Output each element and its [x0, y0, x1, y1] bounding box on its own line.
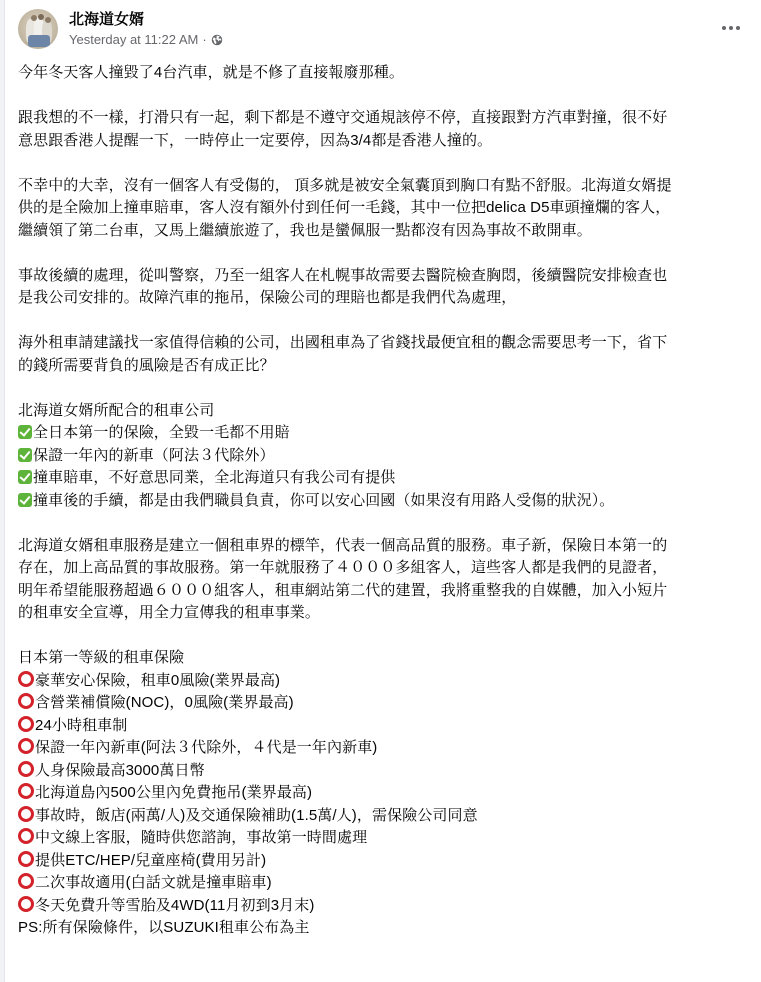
post-subline: Yesterday at 11:22 AM · [69, 31, 223, 49]
insurance-item: 保證一年內新車(阿法３代除外，４代是一年內新車) [18, 737, 758, 760]
facebook-post: 北海道女婿 Yesterday at 11:22 AM · 今年冬天客人撞毀了4… [5, 0, 761, 982]
more-options-button[interactable] [713, 14, 749, 42]
red-circle-icon [18, 896, 34, 912]
post-header: 北海道女婿 Yesterday at 11:22 AM · [18, 8, 223, 50]
insurance-item-text: 24小時租車制 [35, 717, 127, 734]
text-line: 明年希望能服務超過６０００組客人，租車網站第二代的建置，我將重整我的自媒體，加入… [18, 580, 758, 603]
text-line: 意思跟香港人提醒一下，一時停止一定要停，因為3/4都是香港人撞的。 [18, 130, 758, 153]
insurance-item-text: 保證一年內新車(阿法３代除外，４代是一年內新車) [35, 739, 377, 756]
red-circle-icon [18, 783, 34, 799]
text-line: 海外租車請建議找一家值得信賴的公司，出國租車為了省錢找最便宜租的觀念需要思考一下… [18, 332, 758, 355]
red-circle-icon [18, 806, 34, 822]
more-horizontal-icon [729, 26, 733, 30]
post-meta: 北海道女婿 Yesterday at 11:22 AM · [69, 10, 223, 49]
red-circle-icon [18, 671, 34, 687]
check-mark-icon [18, 425, 32, 439]
red-circle-icon [18, 716, 34, 732]
insurance-item: 人身保險最高3000萬日幣 [18, 760, 758, 783]
partner-item: 全日本第一的保險，全毀一毛都不用賠 [18, 422, 758, 445]
separator-dot: · [202, 31, 206, 49]
insurance-item-text: 含營業補償險(NOC)，0風險(業界最高) [35, 694, 294, 711]
text-line: 事故後續的處理，從叫警察，乃至一組客人在札幌事故需要去醫院檢查胸悶，後續醫院安排… [18, 265, 758, 288]
paragraph: 北海道女婿租車服務是建立一個租車界的標竿，代表一個高品質的服務。車子新，保險日本… [18, 535, 758, 625]
partner-list: 北海道女婿所配合的租車公司 全日本第一的保險，全毀一毛都不用賠 保證一年內的新車… [18, 400, 758, 513]
text-line: 的錢所需要背負的風險是否有成正比？ [18, 355, 758, 378]
insurance-list: 日本第一等級的租車保險 豪華安心保險，租車0風險(業界最高) 含營業補償險(NO… [18, 647, 758, 940]
text-line: 的租車安全宣導，用全力宣傳我的租車事業。 [18, 602, 758, 625]
paragraph: 不幸中的大幸，沒有一個客人有受傷的， 頂多就是被安全氣囊頂到胸口有點不舒服。北海… [18, 175, 758, 243]
check-mark-icon [18, 470, 32, 484]
insurance-footnote: PS:所有保險條件，以SUZUKI租車公布為主 [18, 917, 758, 940]
insurance-item: 北海道島內500公里內免費拖吊(業界最高) [18, 782, 758, 805]
text-line: 繼續領了第二台車，又馬上繼續旅遊了，我也是蠻佩服一點都沒有因為事故不敢開車。 [18, 220, 758, 243]
red-circle-icon [18, 693, 34, 709]
partner-item: 保證一年內的新車（阿法３代除外） [18, 445, 758, 468]
partner-item-text: 全日本第一的保險，全毀一毛都不用賠 [33, 424, 290, 441]
insurance-item-text: 事故時，飯店(兩萬/人)及交通保險補助(1.5萬/人)，需保險公司同意 [35, 807, 478, 824]
more-horizontal-icon [736, 26, 740, 30]
text-line: 北海道女婿租車服務是建立一個租車界的標竿，代表一個高品質的服務。車子新，保險日本… [18, 535, 758, 558]
more-horizontal-icon [722, 26, 726, 30]
post-timestamp[interactable]: Yesterday at 11:22 AM [69, 31, 198, 49]
partner-item-text: 撞車後的手續，都是由我們職員負責，你可以安心回國（如果沒有用路人受傷的狀況）。 [33, 492, 614, 509]
insurance-item: 24小時租車制 [18, 715, 758, 738]
partner-item-text: 保證一年內的新車（阿法３代除外） [33, 447, 275, 464]
red-circle-icon [18, 738, 34, 754]
text-line: 今年冬天客人撞毀了4台汽車，就是不修了直接報廢那種。 [18, 62, 758, 85]
partner-item: 撞車後的手續，都是由我們職員負責，你可以安心回國（如果沒有用路人受傷的狀況）。 [18, 490, 758, 513]
red-circle-icon [18, 851, 34, 867]
red-circle-icon [18, 761, 34, 777]
insurance-item: 冬天免費升等雪胎及4WD(11月初到3月末) [18, 895, 758, 918]
globe-icon[interactable] [211, 34, 223, 46]
text-line: 供的是全險加上撞車賠車，客人沒有額外付到任何一毛錢，其中一位把delica D5… [18, 197, 758, 220]
insurance-item: 二次事故適用(白話文就是撞車賠車) [18, 872, 758, 895]
text-line: 跟我想的不一樣，打滑只有一起，剩下都是不遵守交通規該停不停，直接跟對方汽車對撞，… [18, 107, 758, 130]
insurance-item: 含營業補償險(NOC)，0風險(業界最高) [18, 692, 758, 715]
insurance-item-text: 人身保險最高3000萬日幣 [35, 762, 205, 779]
check-mark-icon [18, 493, 32, 507]
red-circle-icon [18, 828, 34, 844]
insurance-item-text: 北海道島內500公里內免費拖吊(業界最高) [35, 784, 312, 801]
paragraph: 今年冬天客人撞毀了4台汽車，就是不修了直接報廢那種。 [18, 62, 758, 85]
paragraph: 跟我想的不一樣，打滑只有一起，剩下都是不遵守交通規該停不停，直接跟對方汽車對撞，… [18, 107, 758, 152]
insurance-list-title: 日本第一等級的租車保險 [18, 647, 758, 670]
check-mark-icon [18, 448, 32, 462]
paragraph: 事故後續的處理，從叫警察，乃至一組客人在札幌事故需要去醫院檢查胸悶，後續醫院安排… [18, 265, 758, 310]
text-line: 存在，加上高品質的事故服務。第一年就服務了４０００多組客人，這些客人都是我們的見… [18, 557, 758, 580]
insurance-item-text: 提供ETC/HEP/兒童座椅(費用另計) [35, 852, 266, 869]
insurance-item-text: 中文線上客服，隨時供您諮詢，事故第一時間處理 [35, 829, 367, 846]
insurance-item: 提供ETC/HEP/兒童座椅(費用另計) [18, 850, 758, 873]
author-avatar[interactable] [18, 9, 58, 49]
insurance-item-text: 冬天免費升等雪胎及4WD(11月初到3月末) [35, 897, 314, 914]
insurance-item: 事故時，飯店(兩萬/人)及交通保險補助(1.5萬/人)，需保險公司同意 [18, 805, 758, 828]
author-name[interactable]: 北海道女婿 [69, 10, 223, 29]
text-line: 不幸中的大幸，沒有一個客人有受傷的， 頂多就是被安全氣囊頂到胸口有點不舒服。北海… [18, 175, 758, 198]
post-body: 今年冬天客人撞毀了4台汽車，就是不修了直接報廢那種。 跟我想的不一樣，打滑只有一… [18, 62, 758, 962]
insurance-item-text: 豪華安心保險，租車0風險(業界最高) [35, 672, 280, 689]
insurance-item: 中文線上客服，隨時供您諮詢，事故第一時間處理 [18, 827, 758, 850]
partner-item-text: 撞車賠車，不好意思同業，全北海道只有我公司有提供 [33, 469, 395, 486]
insurance-item: 豪華安心保險，租車0風險(業界最高) [18, 670, 758, 693]
partner-item: 撞車賠車，不好意思同業，全北海道只有我公司有提供 [18, 467, 758, 490]
paragraph: 海外租車請建議找一家值得信賴的公司，出國租車為了省錢找最便宜租的觀念需要思考一下… [18, 332, 758, 377]
partner-list-title: 北海道女婿所配合的租車公司 [18, 400, 758, 423]
insurance-item-text: 二次事故適用(白話文就是撞車賠車) [35, 874, 272, 891]
text-line: 是我公司安排的。故障汽車的拖吊，保險公司的理賠也都是我們代為處理， [18, 287, 758, 310]
red-circle-icon [18, 873, 34, 889]
